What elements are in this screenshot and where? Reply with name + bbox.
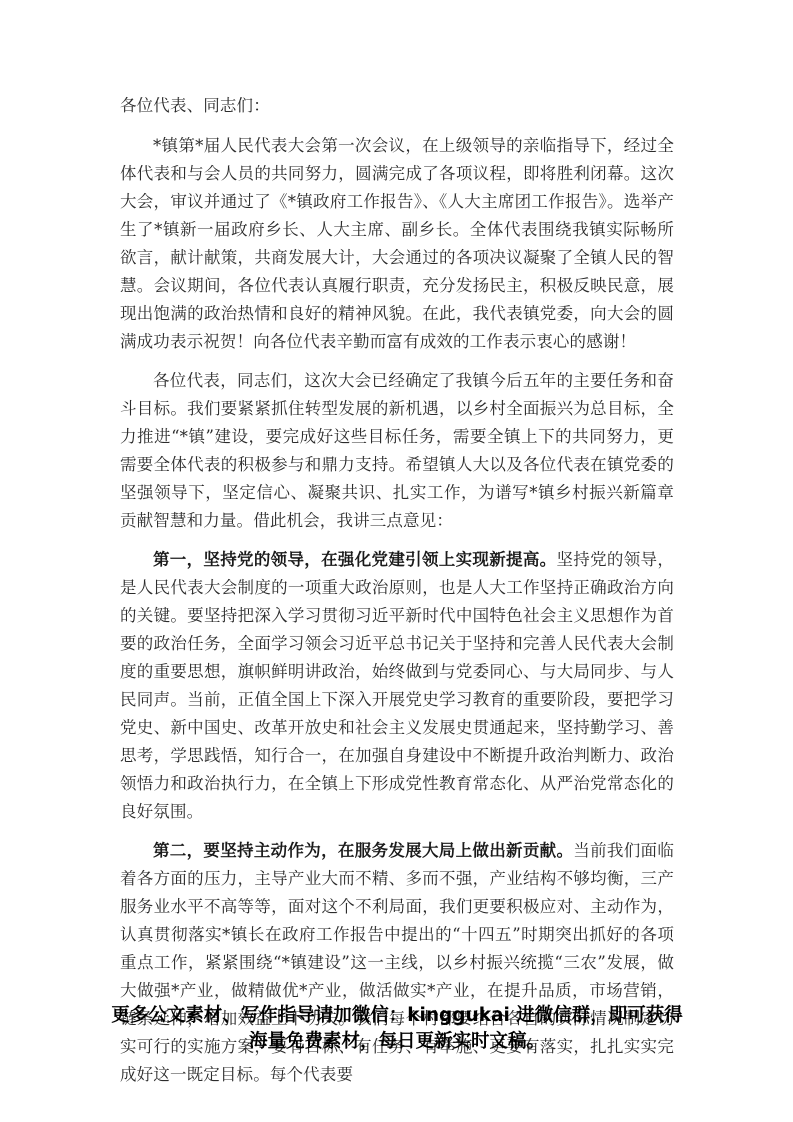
promo-footer: 更多公文素材、写作指导请加微信：kinggukai 进微信群，即可获得 海量免费… xyxy=(110,1003,684,1055)
paragraph-lead-heading: 第二，要坚持主动作为，在服务发展大局上做出新贡献。 xyxy=(153,841,573,860)
paragraph-text: *镇第*届人民代表大会第一次会议，在上级领导的亲临指导下，经过全体代表和与会人员… xyxy=(120,136,674,351)
promo-footer-line-1: 更多公文素材、写作指导请加微信：kinggukai 进微信群，即可获得 xyxy=(110,1003,684,1029)
paragraph-text: 各位代表，同志们，这次大会已经确定了我镇今后五年的主要任务和奋斗目标。我们要紧紧… xyxy=(120,371,674,530)
paragraph-lead-heading: 第一，坚持党的领导，在强化党建引领上实现新提高。 xyxy=(153,550,556,569)
paragraph-point-one: 第一，坚持党的领导，在强化党建引领上实现新提高。坚持党的领导，是人民代表大会制度… xyxy=(120,546,674,826)
document-body: 各位代表、同志们： *镇第*届人民代表大会第一次会议，在上级领导的亲临指导下，经… xyxy=(120,92,674,1100)
salutation: 各位代表、同志们： xyxy=(120,92,674,120)
paragraph-text: 坚持党的领导，是人民代表大会制度的一项重大政治原则，也是人大工作坚持正确政治方向… xyxy=(120,550,674,821)
promo-footer-line-2: 海量免费素材，每日更新实时文稿。 xyxy=(110,1029,684,1055)
paragraph-goals: 各位代表，同志们，这次大会已经确定了我镇今后五年的主要任务和奋斗目标。我们要紧紧… xyxy=(120,367,674,535)
paragraph-opening: *镇第*届人民代表大会第一次会议，在上级领导的亲临指导下，经过全体代表和与会人员… xyxy=(120,132,674,356)
